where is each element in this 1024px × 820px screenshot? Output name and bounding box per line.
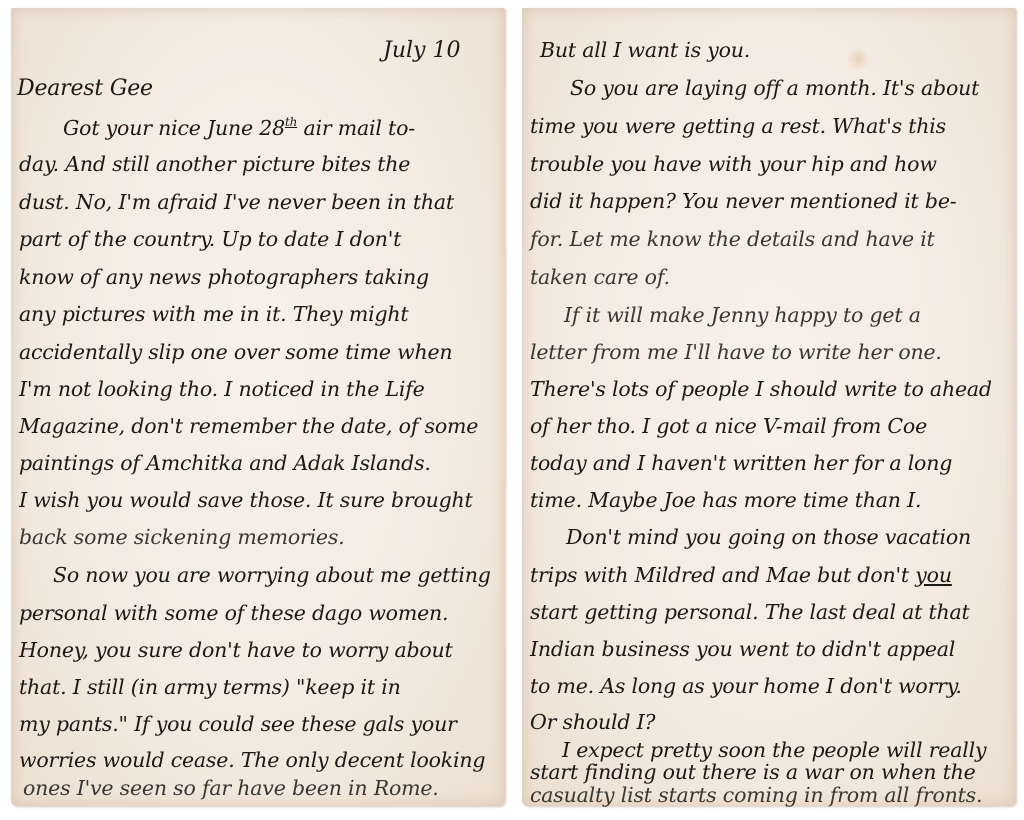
letter-line: dust. No, I'm afraid I've never been in … <box>19 190 454 214</box>
letter-page-left: July 10 Dearest Gee Got your nice June 2… <box>11 8 505 806</box>
letter-line: start getting personal. The last deal at… <box>530 600 970 624</box>
letter-line: back some sickening memories. <box>19 525 345 549</box>
letter-line: personal with some of these dago women. <box>19 601 448 625</box>
underlined-word: you <box>915 563 952 587</box>
line-text: trips with Mildred and Mae but don't <box>530 563 909 587</box>
letter-line: worries would cease. The only decent loo… <box>19 748 485 772</box>
letter-line: But all I want is you. <box>540 38 750 62</box>
letter-line: Honey, you sure don't have to worry abou… <box>19 638 453 662</box>
letter-line: Indian business you went to didn't appea… <box>530 637 955 661</box>
letter-line: casualty list starts coming in from all … <box>530 783 982 807</box>
letter-line: any pictures with me in it. They might <box>19 302 408 326</box>
letter-line: taken care of. <box>530 265 670 289</box>
letter-line: I wish you would save those. It sure bro… <box>19 488 473 512</box>
letter-line: know of any news photographers taking <box>19 265 429 289</box>
letter-salutation: Dearest Gee <box>17 76 153 101</box>
paper-stain <box>847 46 869 72</box>
letter-line: part of the country. Up to date I don't <box>19 227 401 251</box>
letter-line: So now you are worrying about me getting <box>53 563 491 587</box>
letter-line: that. I still (in army terms) "keep it i… <box>19 675 401 699</box>
letter-line: for. Let me know the details and have it <box>530 227 935 251</box>
letter-line: I expect pretty soon the people will rea… <box>562 738 986 762</box>
letter-line: did it happen? You never mentioned it be… <box>530 189 957 213</box>
letter-line: day. And still another picture bites the <box>19 152 410 176</box>
letter-line: trips with Mildred and Mae but don't you <box>530 563 952 587</box>
letter-line: Don't mind you going on those vacation <box>566 525 971 549</box>
letter-line: trouble you have with your hip and how <box>530 152 937 176</box>
letter-line: time you were getting a rest. What's thi… <box>530 114 946 138</box>
superscript: th <box>285 115 297 129</box>
letter-line: So you are laying off a month. It's abou… <box>570 76 979 100</box>
letter-line: ones I've seen so far have been in Rome. <box>23 776 439 800</box>
letter-line: of her tho. I got a nice V-mail from Coe <box>530 414 927 438</box>
letter-line: Or should I? <box>530 710 655 734</box>
letter-line: Magazine, don't remember the date, of so… <box>19 414 478 438</box>
letter-line: There's lots of people I should write to… <box>530 377 992 401</box>
line-text: Got your nice June 28 <box>63 116 285 140</box>
letter-line: paintings of Amchitka and Adak Islands. <box>19 451 431 475</box>
letter-line: start finding out there is a war on when… <box>530 760 976 784</box>
letter-line: time. Maybe Joe has more time than I. <box>530 488 921 512</box>
letter-line: I'm not looking tho. I noticed in the Li… <box>19 377 425 401</box>
letter-line: to me. As long as your home I don't worr… <box>530 674 962 698</box>
letter-line: my pants." If you could see these gals y… <box>19 712 457 736</box>
line-text: air mail to- <box>297 116 415 140</box>
letter-date: July 10 <box>383 38 460 63</box>
letter-line: Got your nice June 28th air mail to- <box>63 115 415 140</box>
letter-page-right: But all I want is you. So you are laying… <box>522 8 1016 806</box>
letter-line: accidentally slip one over some time whe… <box>19 340 452 364</box>
letter-line: today and I haven't written her for a lo… <box>530 451 952 475</box>
letter-line: If it will make Jenny happy to get a <box>564 303 921 327</box>
letter-line: letter from me I'll have to write her on… <box>530 340 942 364</box>
